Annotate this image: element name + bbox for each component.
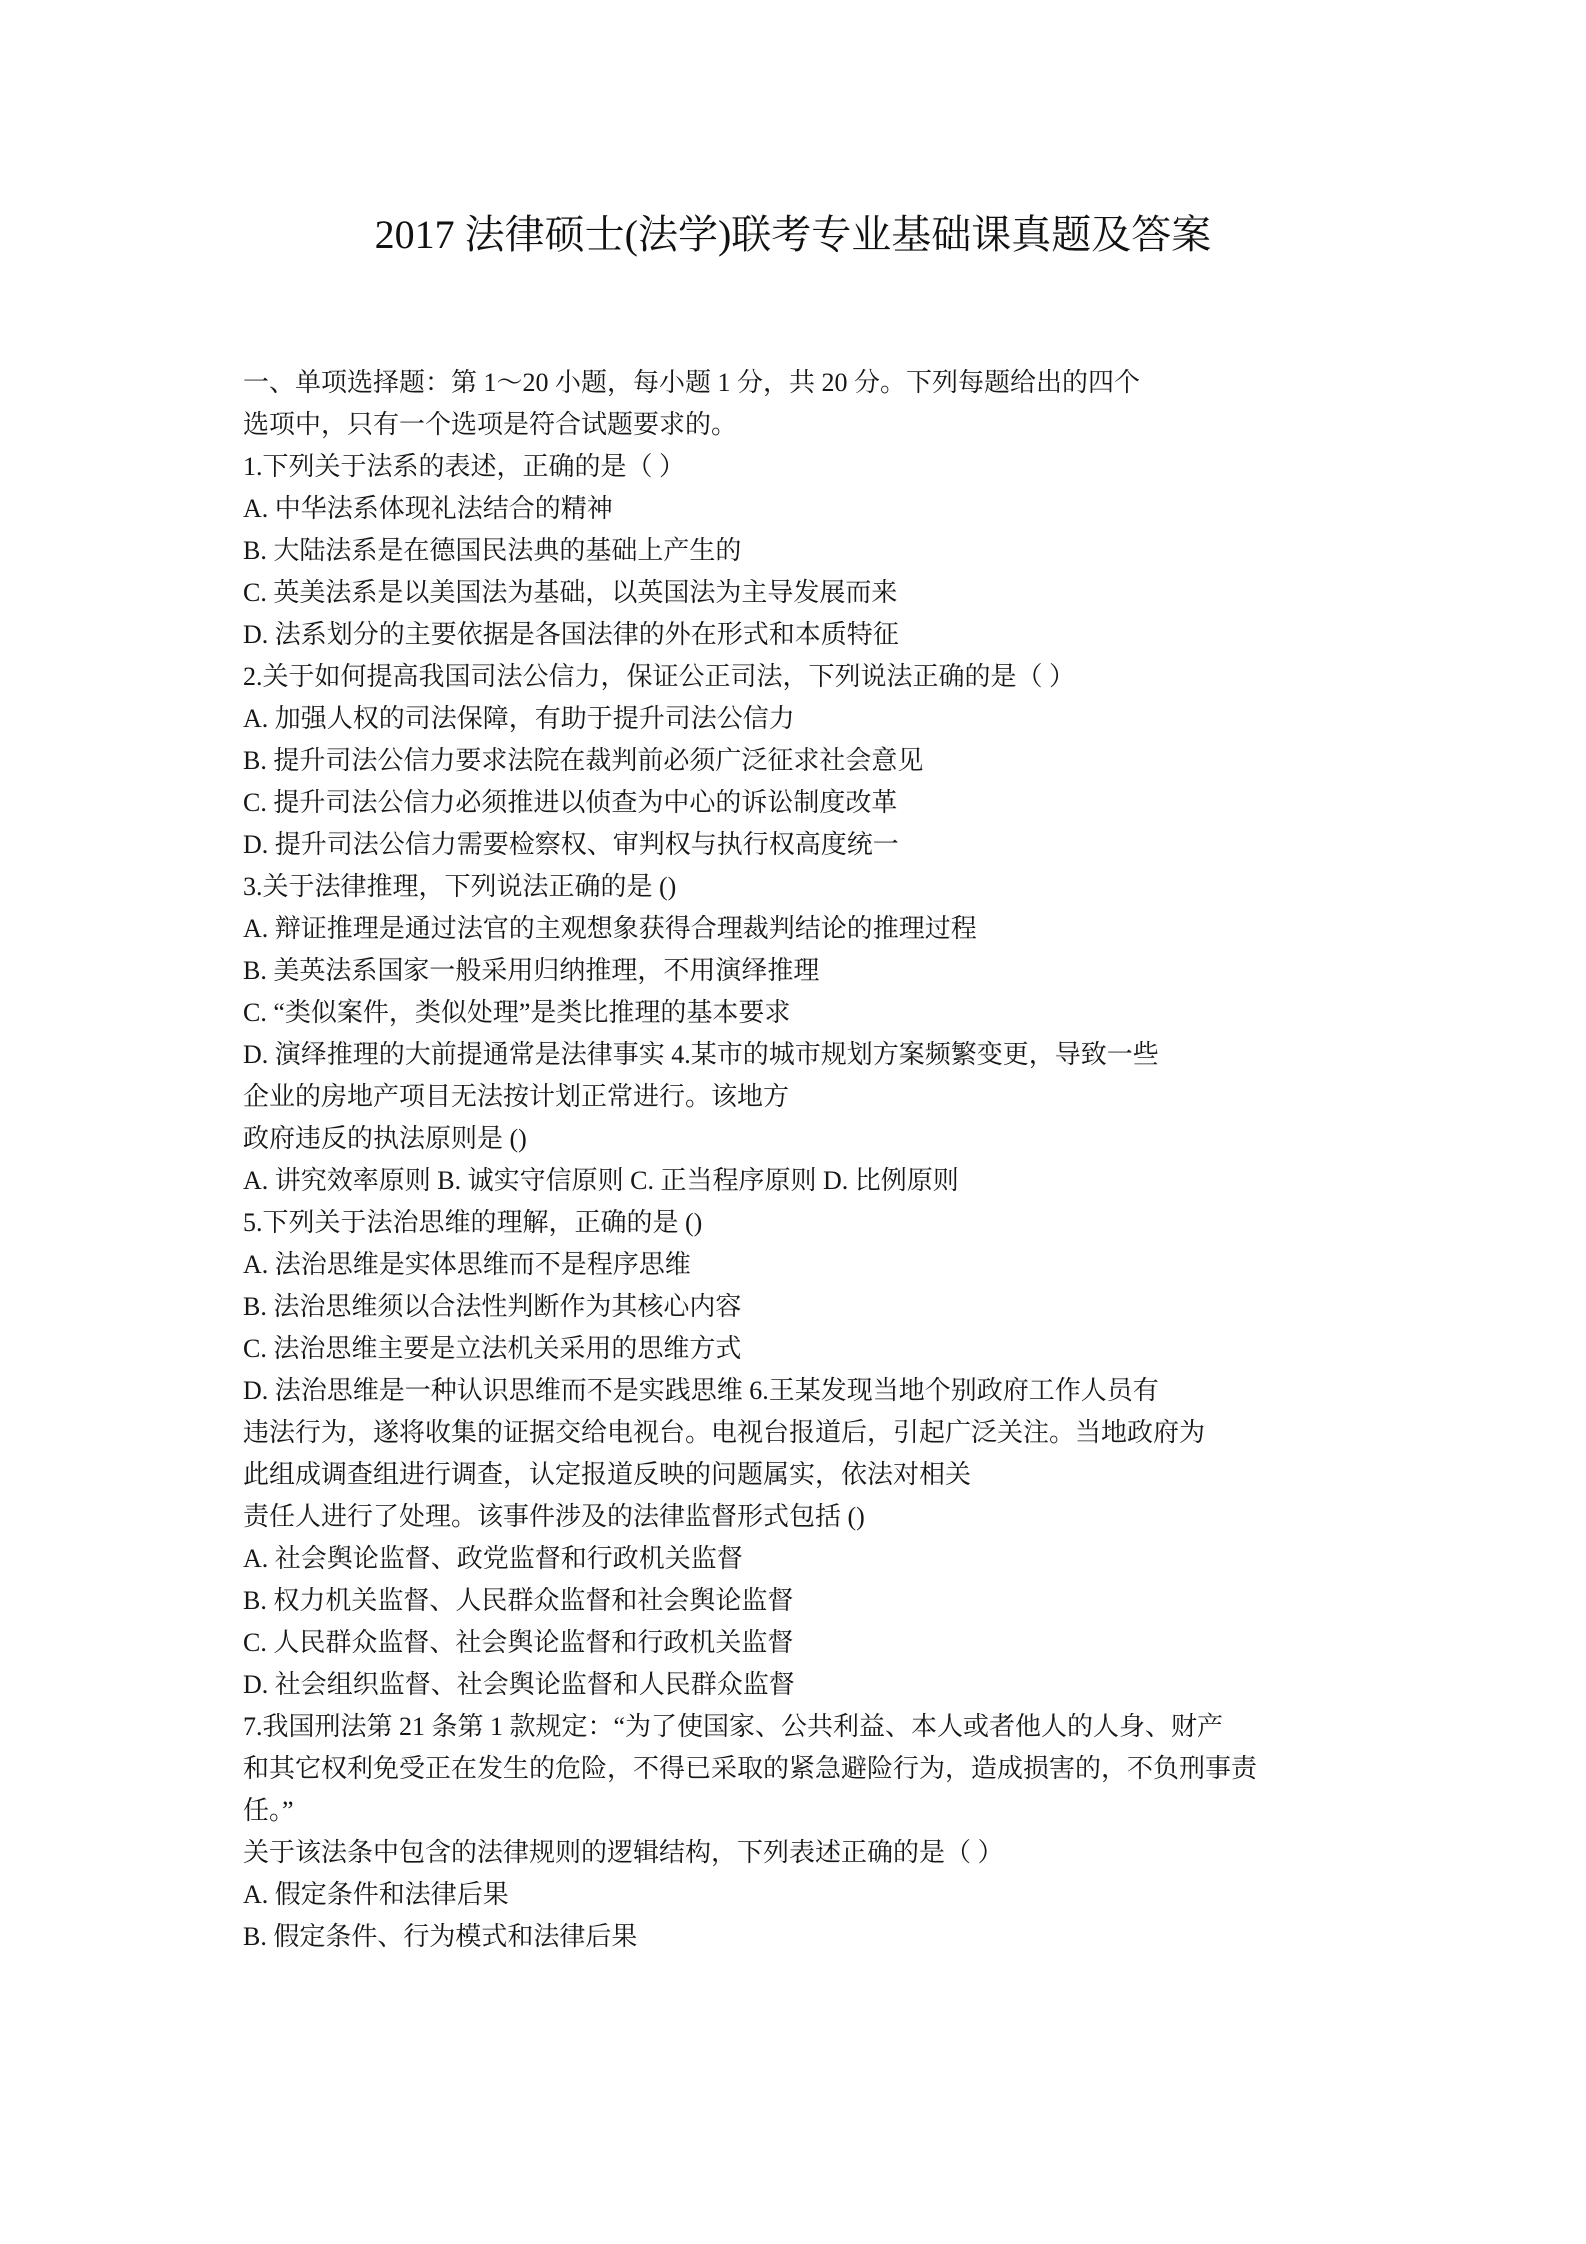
question-3-option-d-question-4-stem: D. 演绎推理的大前提通常是法律事实 4.某市的城市规划方案频繁变更，导致一些 xyxy=(243,1034,1363,1076)
question-2-option-b: B. 提升司法公信力要求法院在裁判前必须广泛征求社会意见 xyxy=(243,740,1363,782)
question-5-option-d-question-6-stem: D. 法治思维是一种认识思维而不是实践思维 6.王某发现当地个别政府工作人员有 xyxy=(243,1370,1363,1412)
document-page: 2017 法律硕士(法学)联考专业基础课真题及答案 一、单项选择题：第 1～20… xyxy=(0,0,1586,2244)
question-6-option-c: C. 人民群众监督、社会舆论监督和行政机关监督 xyxy=(243,1622,1363,1664)
question-6-option-b: B. 权力机关监督、人民群众监督和社会舆论监督 xyxy=(243,1580,1363,1622)
question-4-stem-cont-2: 政府违反的执法原则是 () xyxy=(243,1118,1363,1160)
question-7-question: 关于该法条中包含的法律规则的逻辑结构，下列表述正确的是（ ） xyxy=(243,1832,1363,1874)
question-2-option-d: D. 提升司法公信力需要检察权、审判权与执行权高度统一 xyxy=(243,824,1363,866)
document-body: 一、单项选择题：第 1～20 小题，每小题 1 分，共 20 分。下列每题给出的… xyxy=(243,362,1363,1958)
question-1-option-b: B. 大陆法系是在德国民法典的基础上产生的 xyxy=(243,530,1363,572)
question-7-stem: 7.我国刑法第 21 条第 1 款规定：“为了使国家、公共利益、本人或者他人的人… xyxy=(243,1706,1363,1748)
question-3-option-c: C. “类似案件，类似处理”是类比推理的基本要求 xyxy=(243,992,1363,1034)
question-5-option-c: C. 法治思维主要是立法机关采用的思维方式 xyxy=(243,1328,1363,1370)
question-1-stem: 1.下列关于法系的表述，正确的是（ ） xyxy=(243,446,1363,488)
question-7-stem-cont-1: 和其它权利免受正在发生的危险，不得已采取的紧急避险行为，造成损害的，不负刑事责 xyxy=(243,1748,1363,1790)
question-5-option-a: A. 法治思维是实体思维而不是程序思维 xyxy=(243,1244,1363,1286)
question-2-option-c: C. 提升司法公信力必须推进以侦查为中心的诉讼制度改革 xyxy=(243,782,1363,824)
section-heading-line-1: 一、单项选择题：第 1～20 小题，每小题 1 分，共 20 分。下列每题给出的… xyxy=(243,362,1363,404)
question-4-stem-cont-1: 企业的房地产项目无法按计划正常进行。该地方 xyxy=(243,1076,1363,1118)
question-6-option-a: A. 社会舆论监督、政党监督和行政机关监督 xyxy=(243,1538,1363,1580)
question-6-stem-cont-3: 责任人进行了处理。该事件涉及的法律监督形式包括 () xyxy=(243,1496,1363,1538)
question-2-option-a: A. 加强人权的司法保障，有助于提升司法公信力 xyxy=(243,698,1363,740)
question-7-stem-cont-2: 任。” xyxy=(243,1790,1363,1832)
question-6-option-d: D. 社会组织监督、社会舆论监督和人民群众监督 xyxy=(243,1664,1363,1706)
question-7-option-b: B. 假定条件、行为模式和法律后果 xyxy=(243,1916,1363,1958)
question-5-option-b: B. 法治思维须以合法性判断作为其核心内容 xyxy=(243,1286,1363,1328)
question-6-stem-cont-1: 违法行为，遂将收集的证据交给电视台。电视台报道后，引起广泛关注。当地政府为 xyxy=(243,1412,1363,1454)
question-2-stem: 2.关于如何提高我国司法公信力，保证公正司法，下列说法正确的是（ ） xyxy=(243,656,1363,698)
question-1-option-d: D. 法系划分的主要依据是各国法律的外在形式和本质特征 xyxy=(243,614,1363,656)
document-title: 2017 法律硕士(法学)联考专业基础课真题及答案 xyxy=(0,207,1586,263)
question-6-stem-cont-2: 此组成调查组进行调查，认定报道反映的问题属实，依法对相关 xyxy=(243,1454,1363,1496)
question-3-option-b: B. 美英法系国家一般采用归纳推理，不用演绎推理 xyxy=(243,950,1363,992)
question-7-option-a: A. 假定条件和法律后果 xyxy=(243,1874,1363,1916)
question-1-option-a: A. 中华法系体现礼法结合的精神 xyxy=(243,488,1363,530)
question-1-option-c: C. 英美法系是以美国法为基础，以英国法为主导发展而来 xyxy=(243,572,1363,614)
question-4-options: A. 讲究效率原则 B. 诚实守信原则 C. 正当程序原则 D. 比例原则 xyxy=(243,1160,1363,1202)
question-3-stem: 3.关于法律推理，下列说法正确的是 () xyxy=(243,866,1363,908)
question-3-option-a: A. 辩证推理是通过法官的主观想象获得合理裁判结论的推理过程 xyxy=(243,908,1363,950)
section-heading-line-2: 选项中，只有一个选项是符合试题要求的。 xyxy=(243,404,1363,446)
question-5-stem: 5.下列关于法治思维的理解，正确的是 () xyxy=(243,1202,1363,1244)
